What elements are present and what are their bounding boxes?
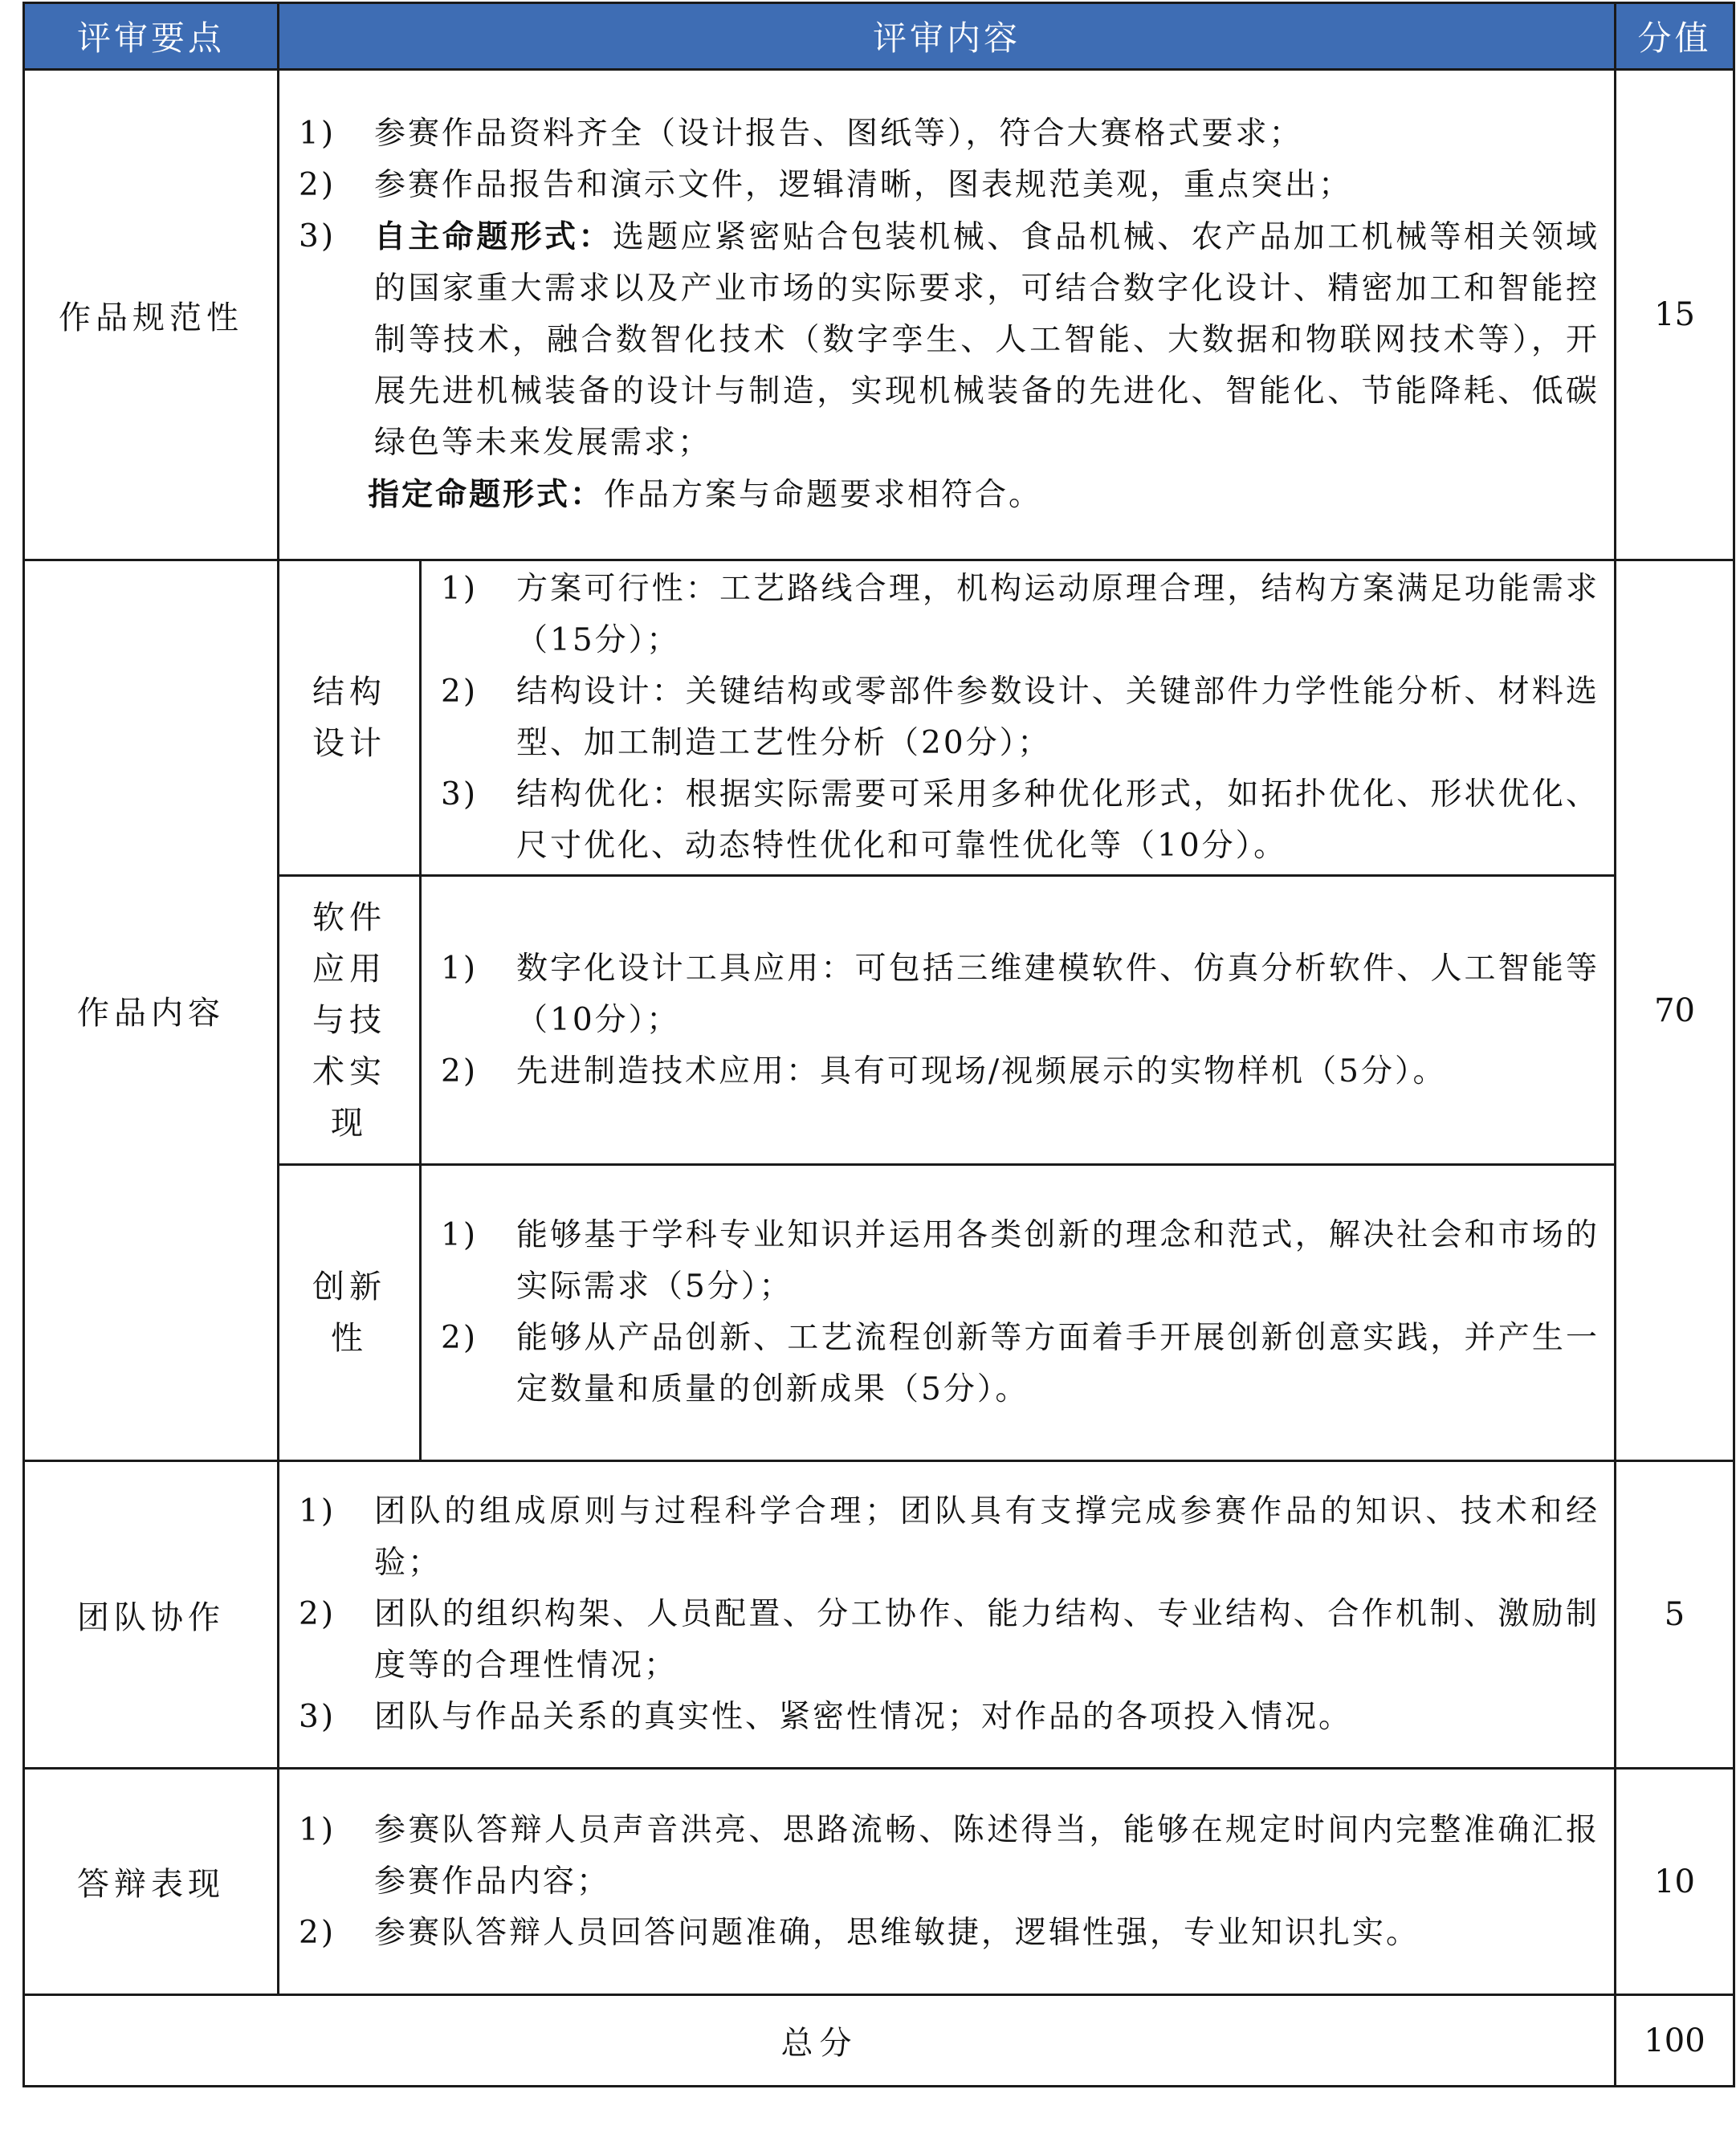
content-cell: 1) 参赛队答辩人员声音洪亮、思路流畅、陈述得当，能够在规定时间内完整准确汇报参… (279, 1769, 1616, 1995)
item-number: 1) (436, 564, 516, 615)
item-text: 结构设计：关键结构或零部件参数设计、关键部件力学性能分析、材料选型、加工制造工艺… (516, 666, 1599, 769)
item-text: 方案可行性：工艺路线合理，机构运动原理合理，结构方案满足功能需求（15分）； (516, 564, 1599, 666)
list-item: 3) 结构优化：根据实际需要可采用多种优化形式，如拓扑优化、形状优化、尺寸优化、… (436, 769, 1599, 872)
header-review-content: 评审内容 (279, 3, 1616, 70)
score-cell: 5 (1616, 1461, 1734, 1769)
list-item-extra: 指定命题形式：作品方案与命题要求相符合。 (294, 469, 1599, 521)
table-row-teamwork: 团队协作 1) 团队的组成原则与过程科学合理；团队具有支撑完成参赛作品的知识、技… (24, 1461, 1734, 1769)
subcategory-label-line: 与技 (279, 995, 419, 1046)
table-row-work-content-software: 软件 应用 与技 术实 现 1) 数字化设计工具应用：可包括三维建模软件、仿真分… (24, 876, 1734, 1165)
list-item: 1) 数字化设计工具应用：可包括三维建模软件、仿真分析软件、人工智能等（10分）… (436, 943, 1599, 1046)
content-cell: 1) 方案可行性：工艺路线合理，机构运动原理合理，结构方案满足功能需求（15分）… (421, 560, 1616, 876)
subcategory-label-line: 性 (279, 1313, 419, 1364)
item-number: 3) (294, 211, 374, 263)
table-row-work-content-structure: 作品内容 结构 设计 1) 方案可行性：工艺路线合理，机构运动原理合理，结构方案… (24, 560, 1734, 876)
item-text: 数字化设计工具应用：可包括三维建模软件、仿真分析软件、人工智能等（10分）； (516, 943, 1599, 1046)
item-number: 3) (294, 1692, 374, 1743)
item-text: 能够基于学科专业知识并运用各类创新的理念和范式，解决社会和市场的实际需求（5分）… (516, 1210, 1599, 1313)
item-lead-bold: 自主命题形式： (374, 218, 613, 255)
list-item: 2) 参赛队答辩人员回答问题准确，思维敏捷，逻辑性强，专业知识扎实。 (294, 1908, 1599, 1959)
list-item: 2) 先进制造技术应用：具有可现场/视频展示的实物样机（5分）。 (436, 1046, 1599, 1098)
content-cell: 1) 参赛作品资料齐全（设计报告、图纸等），符合大赛格式要求； 2) 参赛作品报… (279, 70, 1616, 560)
table-row-work-content-innovation: 创新 性 1) 能够基于学科专业知识并运用各类创新的理念和范式，解决社会和市场的… (24, 1165, 1734, 1461)
item-text: 结构优化：根据实际需要可采用多种优化形式，如拓扑优化、形状优化、尺寸优化、动态特… (516, 769, 1599, 872)
item-number: 2) (294, 1908, 374, 1959)
header-score: 分值 (1616, 3, 1734, 70)
item-text: 作品方案与命题要求相符合。 (604, 477, 1042, 513)
score-cell: 70 (1616, 560, 1734, 1461)
list-item: 2) 能够从产品创新、工艺流程创新等方面着手开展创新创意实践，并产生一定数量和质… (436, 1313, 1599, 1415)
list-item: 2) 参赛作品报告和演示文件，逻辑清晰，图表规范美观，重点突出； (294, 160, 1599, 211)
content-cell: 1) 数字化设计工具应用：可包括三维建模软件、仿真分析软件、人工智能等（10分）… (421, 876, 1616, 1165)
list-item: 3) 团队与作品关系的真实性、紧密性情况；对作品的各项投入情况。 (294, 1692, 1599, 1743)
item-text: 能够从产品创新、工艺流程创新等方面着手开展创新创意实践，并产生一定数量和质量的创… (516, 1313, 1599, 1415)
subcategory-label-line: 软件 (279, 892, 419, 943)
list-item: 1) 能够基于学科专业知识并运用各类创新的理念和范式，解决社会和市场的实际需求（… (436, 1210, 1599, 1313)
subcategory-cell: 创新 性 (279, 1165, 421, 1461)
item-lead-bold: 指定命题形式： (368, 476, 604, 513)
item-number: 1) (436, 943, 516, 995)
total-score: 100 (1616, 1995, 1734, 2087)
subcategory-label-line: 结构 (279, 666, 419, 718)
item-text: 参赛队答辩人员声音洪亮、思路流畅、陈述得当，能够在规定时间内完整准确汇报参赛作品… (374, 1805, 1599, 1908)
subcategory-label-line: 创新 (279, 1261, 419, 1313)
subcategory-cell: 软件 应用 与技 术实 现 (279, 876, 421, 1165)
item-number: 2) (436, 1046, 516, 1098)
subcategory-label-line: 应用 (279, 943, 419, 995)
item-text-wrapper: 自主命题形式：选题应紧密贴合包装机械、食品机械、农产品加工机械等相关领域的国家重… (374, 211, 1599, 469)
item-number: 1) (436, 1210, 516, 1261)
item-text: 参赛作品资料齐全（设计报告、图纸等），符合大赛格式要求； (374, 108, 1599, 160)
item-number: 2) (436, 1313, 516, 1364)
item-text: 先进制造技术应用：具有可现场/视频展示的实物样机（5分）。 (516, 1046, 1599, 1098)
list-item: 1) 团队的组成原则与过程科学合理；团队具有支撑完成参赛作品的知识、技术和经验； (294, 1486, 1599, 1589)
scoring-criteria-table: 评审要点 评审内容 分值 作品规范性 1) 参赛作品资料齐全（设计报告、图纸等）… (22, 2, 1735, 2087)
item-number: 2) (436, 666, 516, 718)
item-text: 团队的组织构架、人员配置、分工协作、能力结构、专业结构、合作机制、激励制度等的合… (374, 1589, 1599, 1692)
item-text: 团队的组成原则与过程科学合理；团队具有支撑完成参赛作品的知识、技术和经验； (374, 1486, 1599, 1589)
subcategory-label-line: 现 (279, 1098, 419, 1149)
item-number: 1) (294, 108, 374, 160)
category-cell: 团队协作 (24, 1461, 279, 1769)
item-number: 1) (294, 1805, 374, 1856)
list-item: 3) 自主命题形式：选题应紧密贴合包装机械、食品机械、农产品加工机械等相关领域的… (294, 211, 1599, 469)
header-review-points: 评审要点 (24, 3, 279, 70)
category-cell: 答辩表现 (24, 1769, 279, 1995)
total-label: 总分 (24, 1995, 1616, 2087)
subcategory-label-line: 设计 (279, 718, 419, 769)
list-item: 2) 团队的组织构架、人员配置、分工协作、能力结构、专业结构、合作机制、激励制度… (294, 1589, 1599, 1692)
content-cell: 1) 能够基于学科专业知识并运用各类创新的理念和范式，解决社会和市场的实际需求（… (421, 1165, 1616, 1461)
category-cell: 作品内容 (24, 560, 279, 1461)
list-item: 1) 参赛作品资料齐全（设计报告、图纸等），符合大赛格式要求； (294, 108, 1599, 160)
item-text: 参赛作品报告和演示文件，逻辑清晰，图表规范美观，重点突出； (374, 160, 1599, 211)
list-item: 1) 方案可行性：工艺路线合理，机构运动原理合理，结构方案满足功能需求（15分）… (436, 564, 1599, 666)
item-number: 3) (436, 769, 516, 821)
item-text: 选题应紧密贴合包装机械、食品机械、农产品加工机械等相关领域的国家重大需求以及产业… (374, 219, 1599, 461)
table-row-total: 总分 100 (24, 1995, 1734, 2087)
table-row-defense: 答辩表现 1) 参赛队答辩人员声音洪亮、思路流畅、陈述得当，能够在规定时间内完整… (24, 1769, 1734, 1995)
item-number: 2) (294, 160, 374, 211)
subcategory-cell: 结构 设计 (279, 560, 421, 876)
score-cell: 10 (1616, 1769, 1734, 1995)
list-item: 2) 结构设计：关键结构或零部件参数设计、关键部件力学性能分析、材料选型、加工制… (436, 666, 1599, 769)
table-row-work-standard: 作品规范性 1) 参赛作品资料齐全（设计报告、图纸等），符合大赛格式要求； 2)… (24, 70, 1734, 560)
table-header-row: 评审要点 评审内容 分值 (24, 3, 1734, 70)
category-cell: 作品规范性 (24, 70, 279, 560)
item-text: 团队与作品关系的真实性、紧密性情况；对作品的各项投入情况。 (374, 1692, 1599, 1743)
content-cell: 1) 团队的组成原则与过程科学合理；团队具有支撑完成参赛作品的知识、技术和经验；… (279, 1461, 1616, 1769)
item-number: 1) (294, 1486, 374, 1537)
subcategory-label-line: 术实 (279, 1046, 419, 1098)
score-cell: 15 (1616, 70, 1734, 560)
list-item: 1) 参赛队答辩人员声音洪亮、思路流畅、陈述得当，能够在规定时间内完整准确汇报参… (294, 1805, 1599, 1908)
item-number: 2) (294, 1589, 374, 1640)
item-text: 参赛队答辩人员回答问题准确，思维敏捷，逻辑性强，专业知识扎实。 (374, 1908, 1599, 1959)
